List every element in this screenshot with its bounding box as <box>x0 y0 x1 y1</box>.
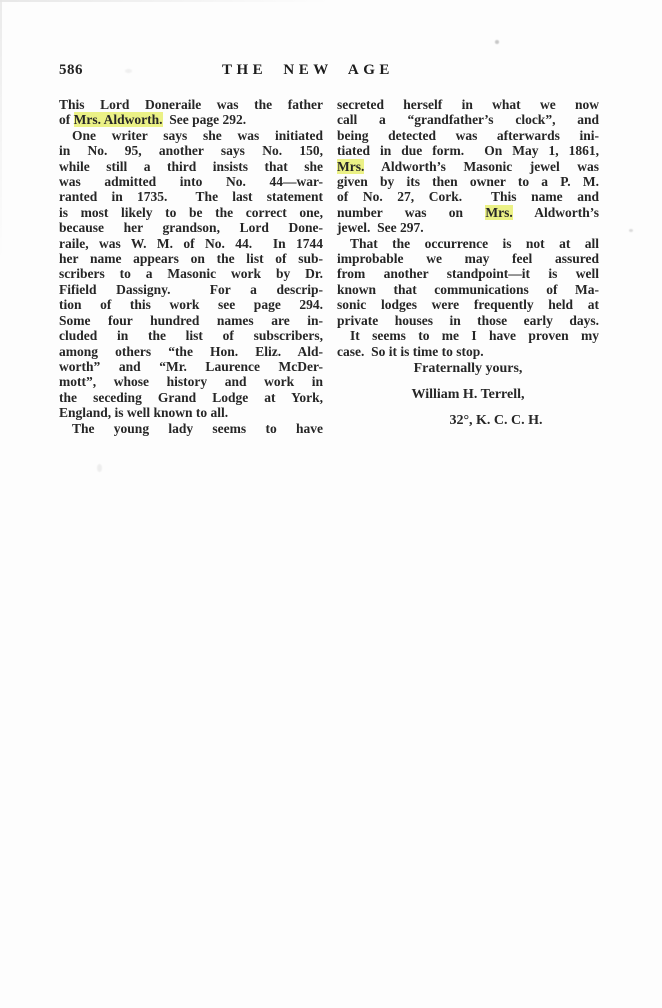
text-line: That the occurrence is not at all <box>337 236 599 251</box>
text-segment: Fifield Dassigny. For a descrip- <box>59 282 323 297</box>
text-segment: worth” and “Mr. Laurence McDer- <box>59 359 323 374</box>
highlighted-text: Mrs. <box>485 205 512 220</box>
text-segment: of <box>59 112 74 127</box>
scan-edge-shading-top <box>0 0 330 2</box>
text-segment: improbable we may feel assured <box>337 251 599 266</box>
text-line: case. So it is time to stop. <box>337 344 599 359</box>
text-segment: See page 292. <box>163 112 247 127</box>
text-segment: while still a third insists that she <box>59 159 323 174</box>
text-line: This Lord Doneraile was the father <box>59 97 323 112</box>
text-line: private houses in those early days. <box>337 313 599 328</box>
scan-edge-shading-left <box>0 0 2 260</box>
text-line: scribers to a Masonic work by Dr. <box>59 266 323 281</box>
text-segment: in No. 95, another says No. 150, <box>59 143 323 158</box>
text-line: Some four hundred names are in- <box>59 313 323 328</box>
signature-name: William H. Terrell, <box>337 387 599 403</box>
text-segment: her name appears on the list of sub- <box>59 251 323 266</box>
signature-degrees: 32°, K. C. C. H. <box>337 413 599 429</box>
text-line: known that communications of Ma- <box>337 282 599 297</box>
text-segment: ranted in 1735. The last statement <box>59 189 323 204</box>
text-line: her name appears on the list of sub- <box>59 251 323 266</box>
text-line: was admitted into No. 44—war- <box>59 174 323 189</box>
text-segment: The young lady seems to have <box>72 421 323 436</box>
text-segment: This Lord Doneraile was the father <box>59 97 323 112</box>
scanned-page: 586 THE NEW AGE This Lord Doneraile was … <box>0 0 662 1008</box>
text-line: the seceding Grand Lodge at York, <box>59 390 323 405</box>
highlighted-text: Mrs. Aldworth. <box>74 112 163 127</box>
scan-speck <box>125 69 132 73</box>
scan-speck <box>495 40 499 44</box>
text-segment: mott”, whose history and work in <box>59 374 323 389</box>
text-line: of No. 27, Cork. This name and <box>337 189 599 204</box>
text-segment: from another standpoint—it is well <box>337 266 599 281</box>
text-segment: secreted herself in what we now <box>337 97 599 112</box>
text-segment: One writer says she was initiated <box>72 128 323 143</box>
text-line: cluded in the list of subscribers, <box>59 328 323 343</box>
page-title: THE NEW AGE <box>222 62 394 79</box>
text-segment: Aldworth’s Masonic jewel was <box>364 159 599 174</box>
text-line: Fifield Dassigny. For a descrip- <box>59 282 323 297</box>
text-line: improbable we may feel assured <box>337 251 599 266</box>
text-line: Mrs. Aldworth’s Masonic jewel was <box>337 159 599 174</box>
signature-block: Fraternally yours, William H. Terrell, 3… <box>337 361 599 439</box>
text-line: sonic lodges were frequently held at <box>337 297 599 312</box>
text-segment: of No. 27, Cork. This name and <box>337 189 599 204</box>
text-line: while still a third insists that she <box>59 159 323 174</box>
text-line: because her grandson, Lord Done- <box>59 220 323 235</box>
text-line: jewel. See 297. <box>337 220 599 235</box>
text-segment: being detected was afterwards ini- <box>337 128 599 143</box>
text-line: One writer says she was initiated <box>59 128 323 143</box>
text-segment: call a “grandfather’s clock”, and <box>337 112 599 127</box>
text-line: It seems to me I have proven my <box>337 328 599 343</box>
text-segment: given by its then owner to a P. M. <box>337 174 599 189</box>
text-segment: tiated in due form. On May 1, 1861, <box>337 143 599 158</box>
text-line: The young lady seems to have <box>59 421 323 436</box>
text-segment: England, is well known to all. <box>59 405 228 420</box>
text-line: mott”, whose history and work in <box>59 374 323 389</box>
text-segment: cluded in the list of subscribers, <box>59 328 323 343</box>
text-segment: tion of this work see page 294. <box>59 297 323 312</box>
column-right: secreted herself in what we nowcall a “g… <box>337 97 599 359</box>
text-line: call a “grandfather’s clock”, and <box>337 112 599 127</box>
text-line: in No. 95, another says No. 150, <box>59 143 323 158</box>
page-number: 586 <box>59 62 83 79</box>
text-segment: Some four hundred names are in- <box>59 313 323 328</box>
text-segment: is most likely to be the correct one, <box>59 205 323 220</box>
text-segment: It seems to me I have proven my <box>350 328 599 343</box>
text-line: England, is well known to all. <box>59 405 323 420</box>
text-line: being detected was afterwards ini- <box>337 128 599 143</box>
text-line: given by its then owner to a P. M. <box>337 174 599 189</box>
text-line: tiated in due form. On May 1, 1861, <box>337 143 599 158</box>
valediction: Fraternally yours, <box>337 361 599 377</box>
text-segment: case. So it is time to stop. <box>337 344 484 359</box>
text-segment: sonic lodges were frequently held at <box>337 297 599 312</box>
text-segment: among others “the Hon. Eliz. Ald- <box>59 344 323 359</box>
scan-speck <box>629 229 633 232</box>
text-line: worth” and “Mr. Laurence McDer- <box>59 359 323 374</box>
text-line: ranted in 1735. The last statement <box>59 189 323 204</box>
highlighted-text: Mrs. <box>337 159 364 174</box>
text-segment: That the occurrence is not at all <box>350 236 599 251</box>
text-segment: number was on <box>337 205 485 220</box>
text-line: of Mrs. Aldworth. See page 292. <box>59 112 323 127</box>
text-segment: was admitted into No. 44—war- <box>59 174 323 189</box>
text-line: from another standpoint—it is well <box>337 266 599 281</box>
text-line: number was on Mrs. Aldworth’s <box>337 205 599 220</box>
text-segment: jewel. See 297. <box>337 220 424 235</box>
text-line: tion of this work see page 294. <box>59 297 323 312</box>
text-segment: private houses in those early days. <box>337 313 599 328</box>
text-line: secreted herself in what we now <box>337 97 599 112</box>
text-line: is most likely to be the correct one, <box>59 205 323 220</box>
text-segment: the seceding Grand Lodge at York, <box>59 390 323 405</box>
text-segment: scribers to a Masonic work by Dr. <box>59 266 323 281</box>
text-segment: because her grandson, Lord Done- <box>59 220 323 235</box>
scan-speck <box>97 464 102 472</box>
column-left: This Lord Doneraile was the fatherof Mrs… <box>59 97 323 436</box>
text-line: raile, was W. M. of No. 44. In 1744 <box>59 236 323 251</box>
text-line: among others “the Hon. Eliz. Ald- <box>59 344 323 359</box>
text-segment: known that communications of Ma- <box>337 282 599 297</box>
text-segment: raile, was W. M. of No. 44. In 1744 <box>59 236 323 251</box>
text-segment: Aldworth’s <box>513 205 599 220</box>
